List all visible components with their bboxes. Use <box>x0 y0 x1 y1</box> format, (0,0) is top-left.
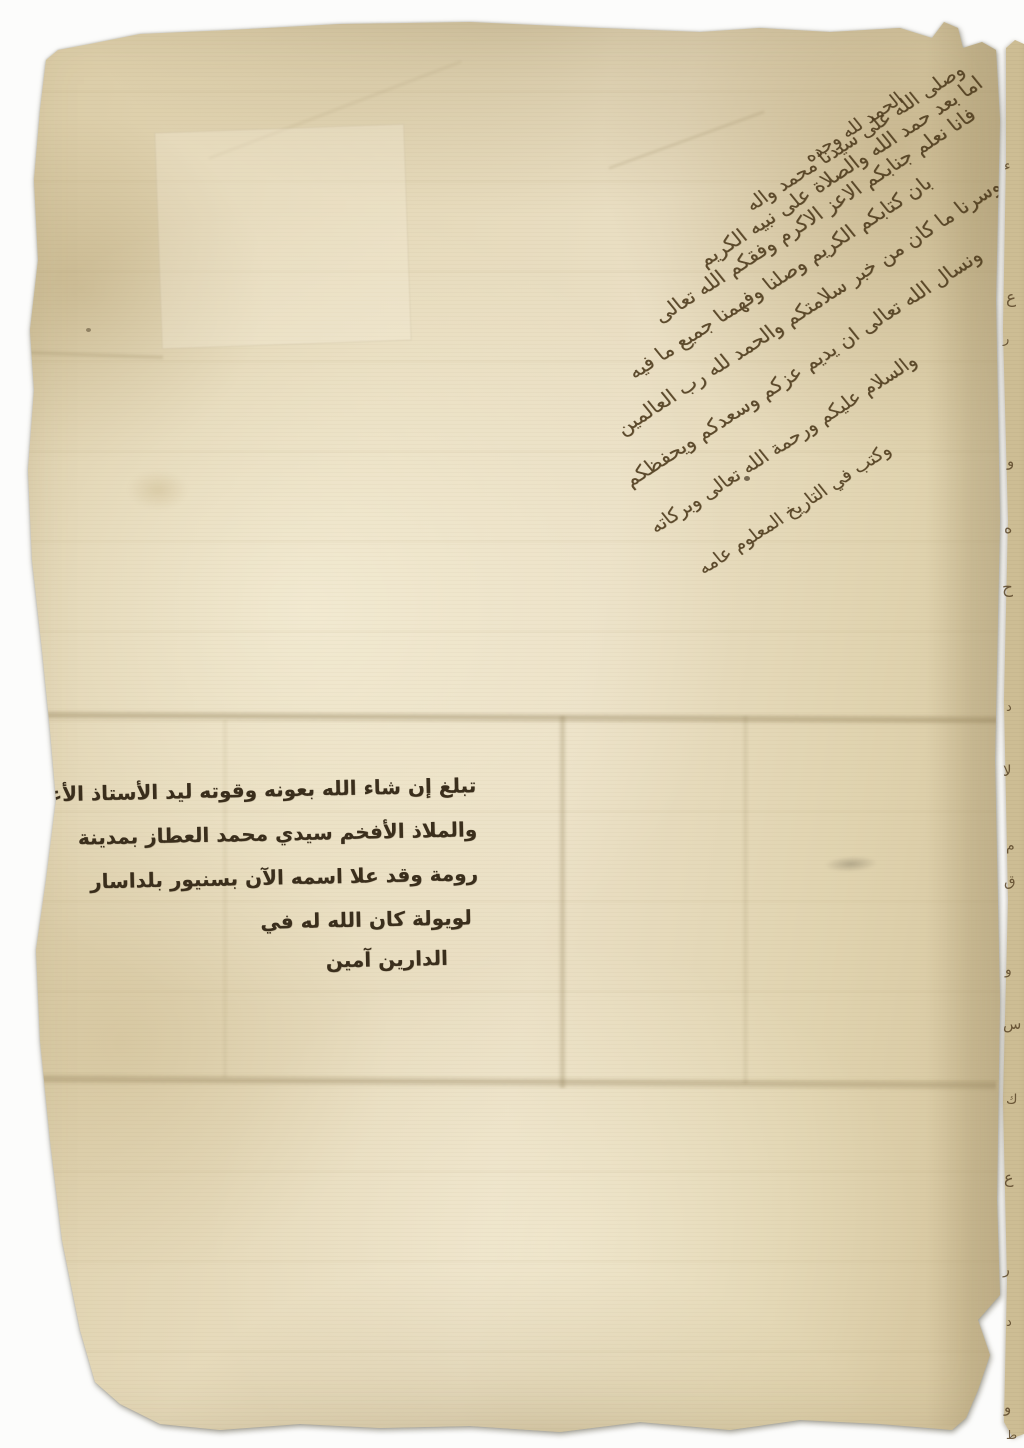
ink-blot <box>65 1345 82 1358</box>
address-line: تبلغ إن شاء الله بعونه وقوته ليد الأستاذ… <box>210 763 477 813</box>
sheet-drop-shadow: الحمد لله وحده وصلى الله على سيدنا محمد … <box>0 0 1024 1448</box>
fold-crease-vertical-1 <box>558 716 567 1088</box>
repair-patch-outline <box>154 124 411 350</box>
small-crease-left-edge <box>28 350 163 361</box>
fold-crease-horizontal-1 <box>38 709 998 725</box>
address-line: الدارين آمين <box>213 939 480 981</box>
manuscript-scan: ء ع ر و ه ح د لا م ق و س ك ع ر د و ط <box>0 0 1024 1448</box>
diagonal-note-line: وكتب في التاريخ المعلوم عامه <box>693 440 895 579</box>
diagonal-crease-top <box>608 110 764 170</box>
fold-crease-vertical-2 <box>742 716 749 1084</box>
address-line: والملاذ الأفخم سيدي محمد العطاز بمدينة <box>211 807 478 857</box>
manuscript-sheet: الحمد لله وحده وصلى الله على سيدنا محمد … <box>0 0 1024 1448</box>
ink-speck <box>86 328 91 332</box>
fold-crease-horizontal-2 <box>34 1073 996 1092</box>
address-block: تبلغ إن شاء الله بعونه وقوته ليد الأستاذ… <box>210 763 480 981</box>
foxing-stain <box>128 470 188 510</box>
address-line: لويولة كان الله له في <box>213 895 480 945</box>
smudge-stain <box>824 855 879 874</box>
address-line: رومة وقد علا اسمه الآن بسنيور بلداسار <box>212 851 479 901</box>
